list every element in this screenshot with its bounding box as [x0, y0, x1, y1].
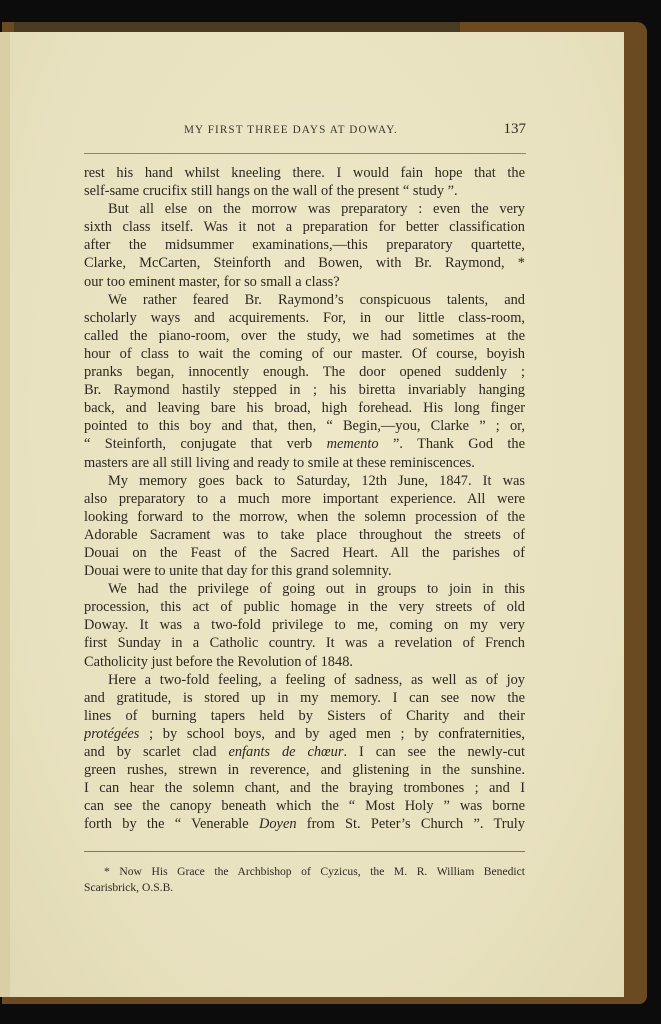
text-line: back, and leaving bare his broad, high f…: [84, 399, 525, 417]
italic-term: enfants de chœur: [228, 744, 343, 760]
text-line: and by scarlet clad enfants de chœur. I …: [84, 743, 525, 761]
text-line: pointed to this boy and that, then, “ Be…: [84, 417, 525, 435]
text-line: Adorable Sacrament was to take place thr…: [84, 526, 525, 544]
text-line: “ Steinforth, conjugate that verb mement…: [84, 435, 525, 453]
text-line: after the midsummer examinations,—this p…: [84, 236, 525, 254]
text-line: I can hear the solemn chant, and the bra…: [84, 779, 525, 797]
text-line: masters are all still living and ready t…: [84, 454, 525, 472]
text-line: But all else on the morrow was preparato…: [84, 200, 525, 218]
footnote-line: Scarisbrick, O.S.B.: [84, 880, 525, 896]
text-line: Douai on the Feast of the Sacred Heart. …: [84, 544, 525, 562]
footnote: * Now His Grace the Archbishop of Cyzicu…: [84, 864, 525, 896]
body-text: rest his hand whilst kneeling there. I w…: [84, 164, 525, 833]
text-line: Catholicity just before the Revolution o…: [84, 653, 525, 671]
text-line: first Sunday in a Catholic country. It w…: [84, 634, 525, 652]
text-line: looking forward to the morrow, when the …: [84, 508, 525, 526]
footnote-line: * Now His Grace the Archbishop of Cyzicu…: [84, 864, 525, 880]
text-line: rest his hand whilst kneeling there. I w…: [84, 164, 525, 182]
cover-top-edge: [14, 22, 460, 32]
running-title: MY FIRST THREE DAYS AT DOWAY.: [184, 124, 398, 136]
text-line: also preparatory to a much more importan…: [84, 490, 525, 508]
page-number: 137: [504, 121, 527, 138]
text-line: Here a two-fold feeling, a feeling of sa…: [84, 671, 525, 689]
text-line: called the piano-room, over the study, w…: [84, 327, 525, 345]
footnote-rule: [84, 851, 525, 852]
text-line: green rushes, strewn in reverence, and g…: [84, 761, 525, 779]
italic-term: protégées: [84, 726, 139, 742]
text-line: scholarly ways and acquirements. For, in…: [84, 309, 525, 327]
text-line: We rather feared Br. Raymond’s conspicuo…: [84, 291, 525, 309]
italic-term: Doyen: [259, 816, 297, 832]
text-line: our too eminent master, for so small a c…: [84, 273, 525, 291]
text-line: Br. Raymond hastily stepped in ; his bir…: [84, 381, 525, 399]
text-line: pranks began, innocently enough. The doo…: [84, 363, 525, 381]
text-line: procession, this act of public homage in…: [84, 598, 525, 616]
italic-term: memento: [327, 436, 379, 452]
text-line: and gratitude, is stored up in my memory…: [84, 689, 525, 707]
page-header: MY FIRST THREE DAYS AT DOWAY. 137: [84, 124, 526, 144]
text-line: Doway. It was a two-fold privilege to me…: [84, 616, 525, 634]
text-line: hour of class to wait the coming of our …: [84, 345, 525, 363]
text-line: self-same crucifix still hangs on the wa…: [84, 182, 525, 200]
text-line: forth by the “ Venerable Doyen from St. …: [84, 815, 525, 833]
header-rule: [84, 153, 526, 154]
text-line: sixth class itself. Was it not a prepara…: [84, 218, 525, 236]
text-line: Clarke, McCarten, Steinforth and Bowen, …: [84, 254, 525, 272]
text-line: We had the privilege of going out in gro…: [84, 580, 525, 598]
text-line: My memory goes back to Saturday, 12th Ju…: [84, 472, 525, 490]
text-line: protégées ; by school boys, and by aged …: [84, 725, 525, 743]
text-line: can see the canopy beneath which the “ M…: [84, 797, 525, 815]
text-line: lines of burning tapers held by Sisters …: [84, 707, 525, 725]
text-line: Douai were to unite that day for this gr…: [84, 562, 525, 580]
